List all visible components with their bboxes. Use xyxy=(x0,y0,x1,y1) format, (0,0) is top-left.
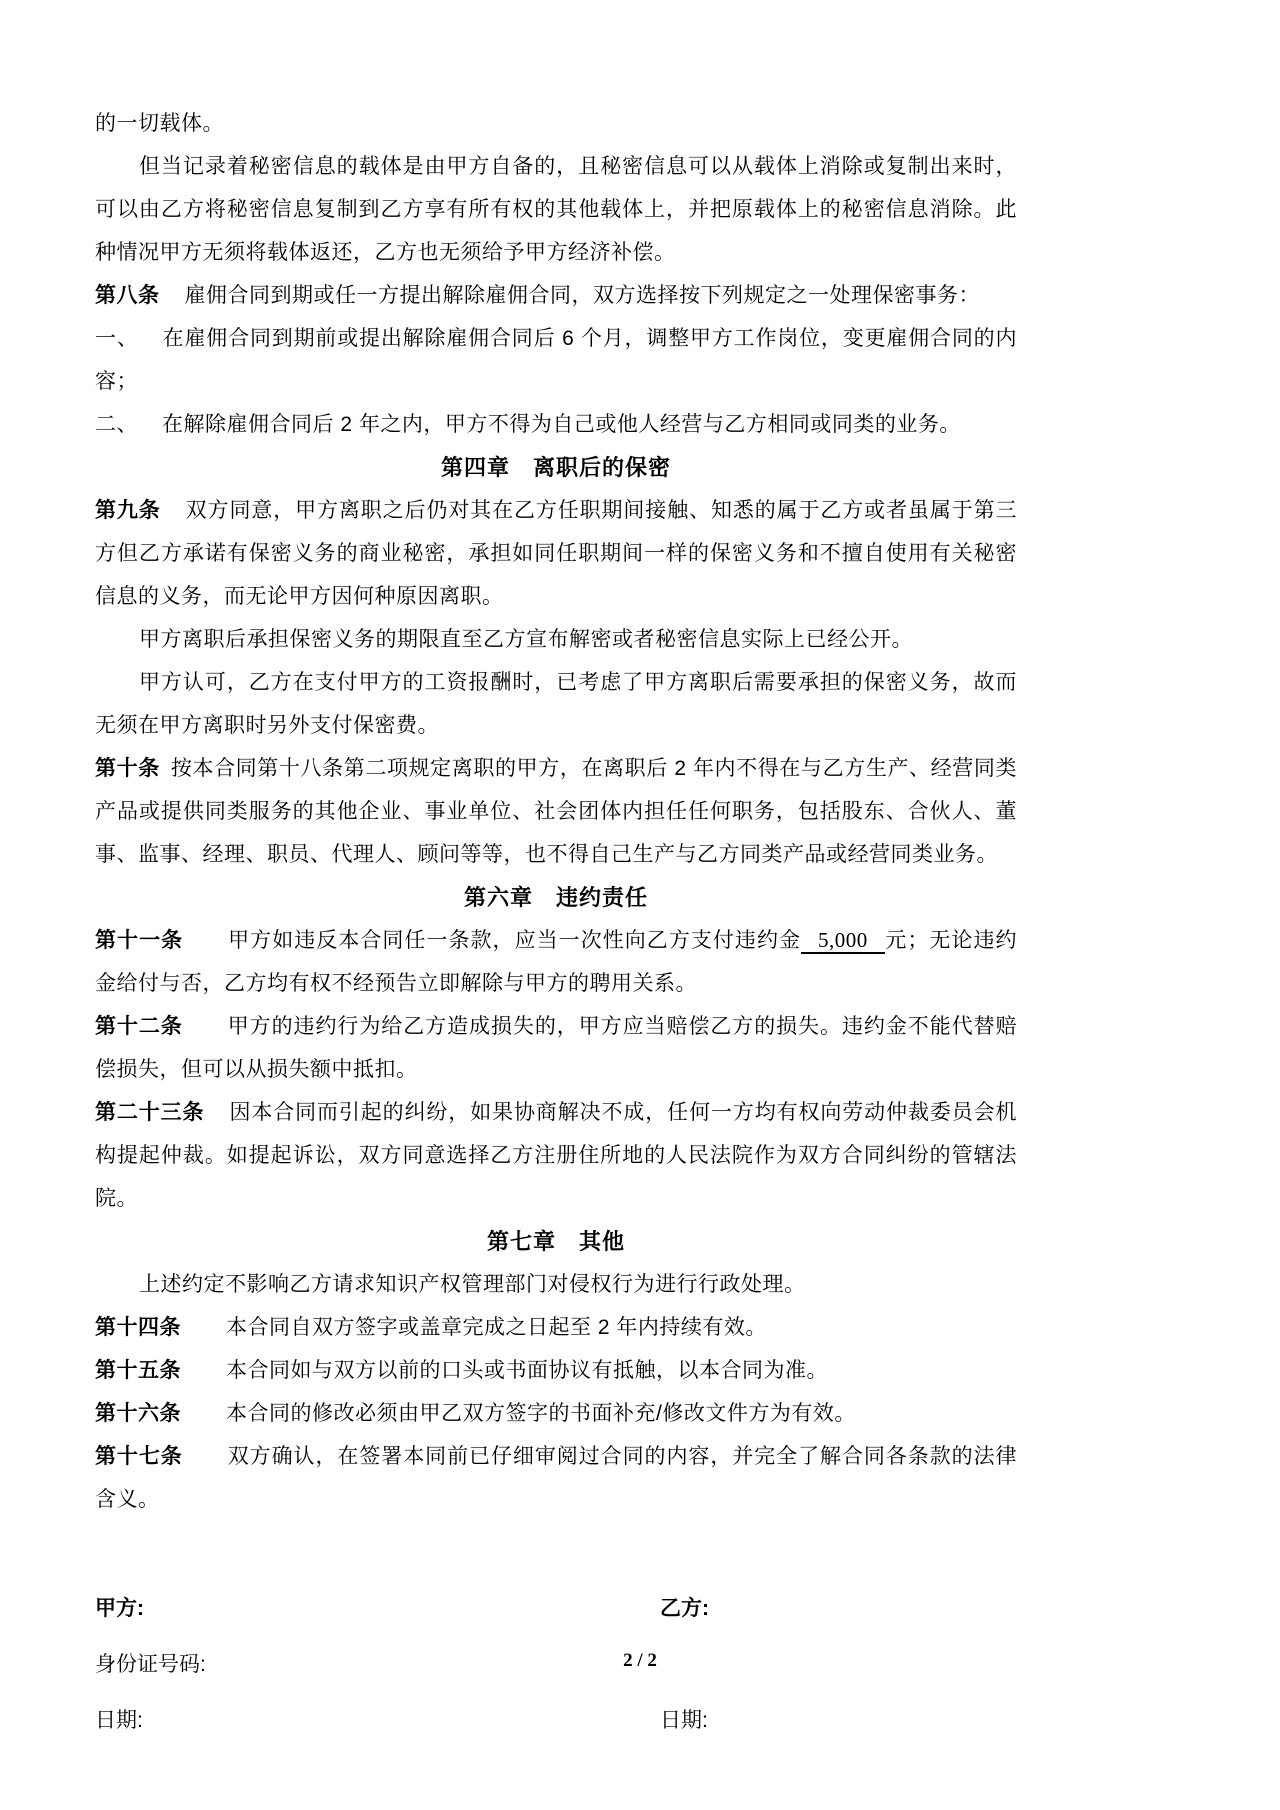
list-item-2-text: 在解除雇佣合同后 2 年之内，甲方不得为自己或他人经营与乙方相同或同类的业务。 xyxy=(162,413,961,436)
clause-16-label: 第十六条 xyxy=(95,1402,181,1425)
contract-body: 的一切载体。 但当记录着秘密信息的载体是由甲方自备的，且秘密信息可以从载体上消除… xyxy=(95,102,1017,1755)
clause-9-text: 双方同意，甲方离职之后仍对其在乙方任职期间接触、知悉的属于乙方或者虽属于第三方但… xyxy=(95,499,1017,608)
clause-10-text: 按本合同第十八条第二项规定离职的甲方，在离职后 2 年内不得在与乙方生产、经营同… xyxy=(95,757,1017,866)
clause-8-text: 雇佣合同到期或任一方提出解除雇佣合同，双方选择按下列规定之一处理保密事务： xyxy=(185,284,981,307)
party-a-label: 甲方: xyxy=(95,1587,660,1630)
clause-14-text: 本合同自双方签字或盖章完成之日起至 2 年内持续有效。 xyxy=(226,1316,767,1339)
continuation-line: 的一切载体。 xyxy=(95,102,1017,145)
clause-14-label: 第十四条 xyxy=(95,1316,181,1339)
clause-17: 第十七条双方确认，在签署本同前已仔细审阅过合同的内容，并完全了解合同各条款的法律… xyxy=(95,1435,1017,1521)
chapter-7-heading: 第七章 其他 xyxy=(95,1220,1017,1263)
clause-17-text: 双方确认，在签署本同前已仔细审阅过合同的内容，并完全了解合同各条款的法律含义。 xyxy=(95,1445,1017,1511)
list-item-2: 二、在解除雇佣合同后 2 年之内，甲方不得为自己或他人经营与乙方相同或同类的业务… xyxy=(95,403,1017,446)
paragraph-post-resignation-term: 甲方离职后承担保密义务的期限直至乙方宣布解密或者秘密信息实际上已经公开。 xyxy=(95,618,1017,661)
clause-11-label: 第十一条 xyxy=(95,929,183,952)
clause-23: 第二十三条因本合同而引起的纠纷，如果协商解决不成，任何一方均有权向劳动仲裁委员会… xyxy=(95,1091,1017,1220)
clause-23-text: 因本合同而引起的纠纷，如果协商解决不成，任何一方均有权向劳动仲裁委员会机构提起仲… xyxy=(95,1101,1017,1210)
page-number: 2 / 2 xyxy=(0,1650,1280,1672)
date-label-left: 日期: xyxy=(95,1699,660,1742)
party-b-label: 乙方: xyxy=(660,1587,709,1630)
clause-11-text-pre: 甲方如违反本合同任一条款，应当一次性向乙方支付违约金 xyxy=(228,929,801,952)
paragraph-admin-remedy: 上述约定不影响乙方请求知识产权管理部门对侵权行为进行行政处理。 xyxy=(95,1263,1017,1306)
paragraph-no-extra-fee: 甲方认可，乙方在支付甲方的工资报酬时，已考虑了甲方离职后需要承担的保密义务，故而… xyxy=(95,661,1017,747)
list-item-1-text: 在雇佣合同到期前或提出解除雇佣合同后 6 个月，调整甲方工作岗位，变更雇佣合同的… xyxy=(95,327,1017,393)
date-label-right: 日期: xyxy=(660,1699,708,1742)
clause-8: 第八条雇佣合同到期或任一方提出解除雇佣合同，双方选择按下列规定之一处理保密事务： xyxy=(95,274,1017,317)
signature-row-dates: 日期: 日期: xyxy=(95,1699,1017,1742)
clause-15-label: 第十五条 xyxy=(95,1359,181,1382)
clause-12-label: 第十二条 xyxy=(95,1015,183,1038)
signature-row-parties: 甲方: 乙方: xyxy=(95,1587,1017,1630)
clause-23-label: 第二十三条 xyxy=(95,1101,204,1124)
clause-8-label: 第八条 xyxy=(95,284,160,307)
chapter-6-heading: 第六章 违约责任 xyxy=(95,876,1017,919)
clause-15: 第十五条本合同如与双方以前的口头或书面协议有抵触，以本合同为准。 xyxy=(95,1349,1017,1392)
clause-10: 第十条按本合同第十八条第二项规定离职的甲方，在离职后 2 年内不得在与乙方生产、… xyxy=(95,747,1017,876)
contract-page: 的一切载体。 但当记录着秘密信息的载体是由甲方自备的，且秘密信息可以从载体上消除… xyxy=(0,0,1280,1810)
clause-9-label: 第九条 xyxy=(95,499,161,522)
list-item-1-label: 一、 xyxy=(95,327,139,350)
clause-16-text: 本合同的修改必须由甲乙双方签字的书面补充/修改文件方为有效。 xyxy=(226,1402,856,1425)
clause-11: 第十一条甲方如违反本合同任一条款，应当一次性向乙方支付违约金5,000元；无论违… xyxy=(95,919,1017,1005)
clause-16: 第十六条本合同的修改必须由甲乙双方签字的书面补充/修改文件方为有效。 xyxy=(95,1392,1017,1435)
clause-12-text: 甲方的违约行为给乙方造成损失的，甲方应当赔偿乙方的损失。违约金不能代替赔偿损失，… xyxy=(95,1015,1017,1081)
clause-10-label: 第十条 xyxy=(95,757,160,780)
clause-15-text: 本合同如与双方以前的口头或书面协议有抵触，以本合同为准。 xyxy=(226,1359,828,1382)
clause-9: 第九条双方同意，甲方离职之后仍对其在乙方任职期间接触、知悉的属于乙方或者虽属于第… xyxy=(95,489,1017,618)
list-item-2-label: 二、 xyxy=(95,413,138,436)
list-item-1: 一、在雇佣合同到期前或提出解除雇佣合同后 6 个月，调整甲方工作岗位，变更雇佣合… xyxy=(95,317,1017,403)
clause-14: 第十四条本合同自双方签字或盖章完成之日起至 2 年内持续有效。 xyxy=(95,1306,1017,1349)
clause-17-label: 第十七条 xyxy=(95,1445,183,1468)
paragraph-carrier-exception: 但当记录着秘密信息的载体是由甲方自备的，且秘密信息可以从载体上消除或复制出来时，… xyxy=(95,145,1017,274)
chapter-4-heading: 第四章 离职后的保密 xyxy=(95,446,1017,489)
penalty-amount-blank: 5,000 xyxy=(801,928,885,954)
clause-12: 第十二条甲方的违约行为给乙方造成损失的，甲方应当赔偿乙方的损失。违约金不能代替赔… xyxy=(95,1005,1017,1091)
